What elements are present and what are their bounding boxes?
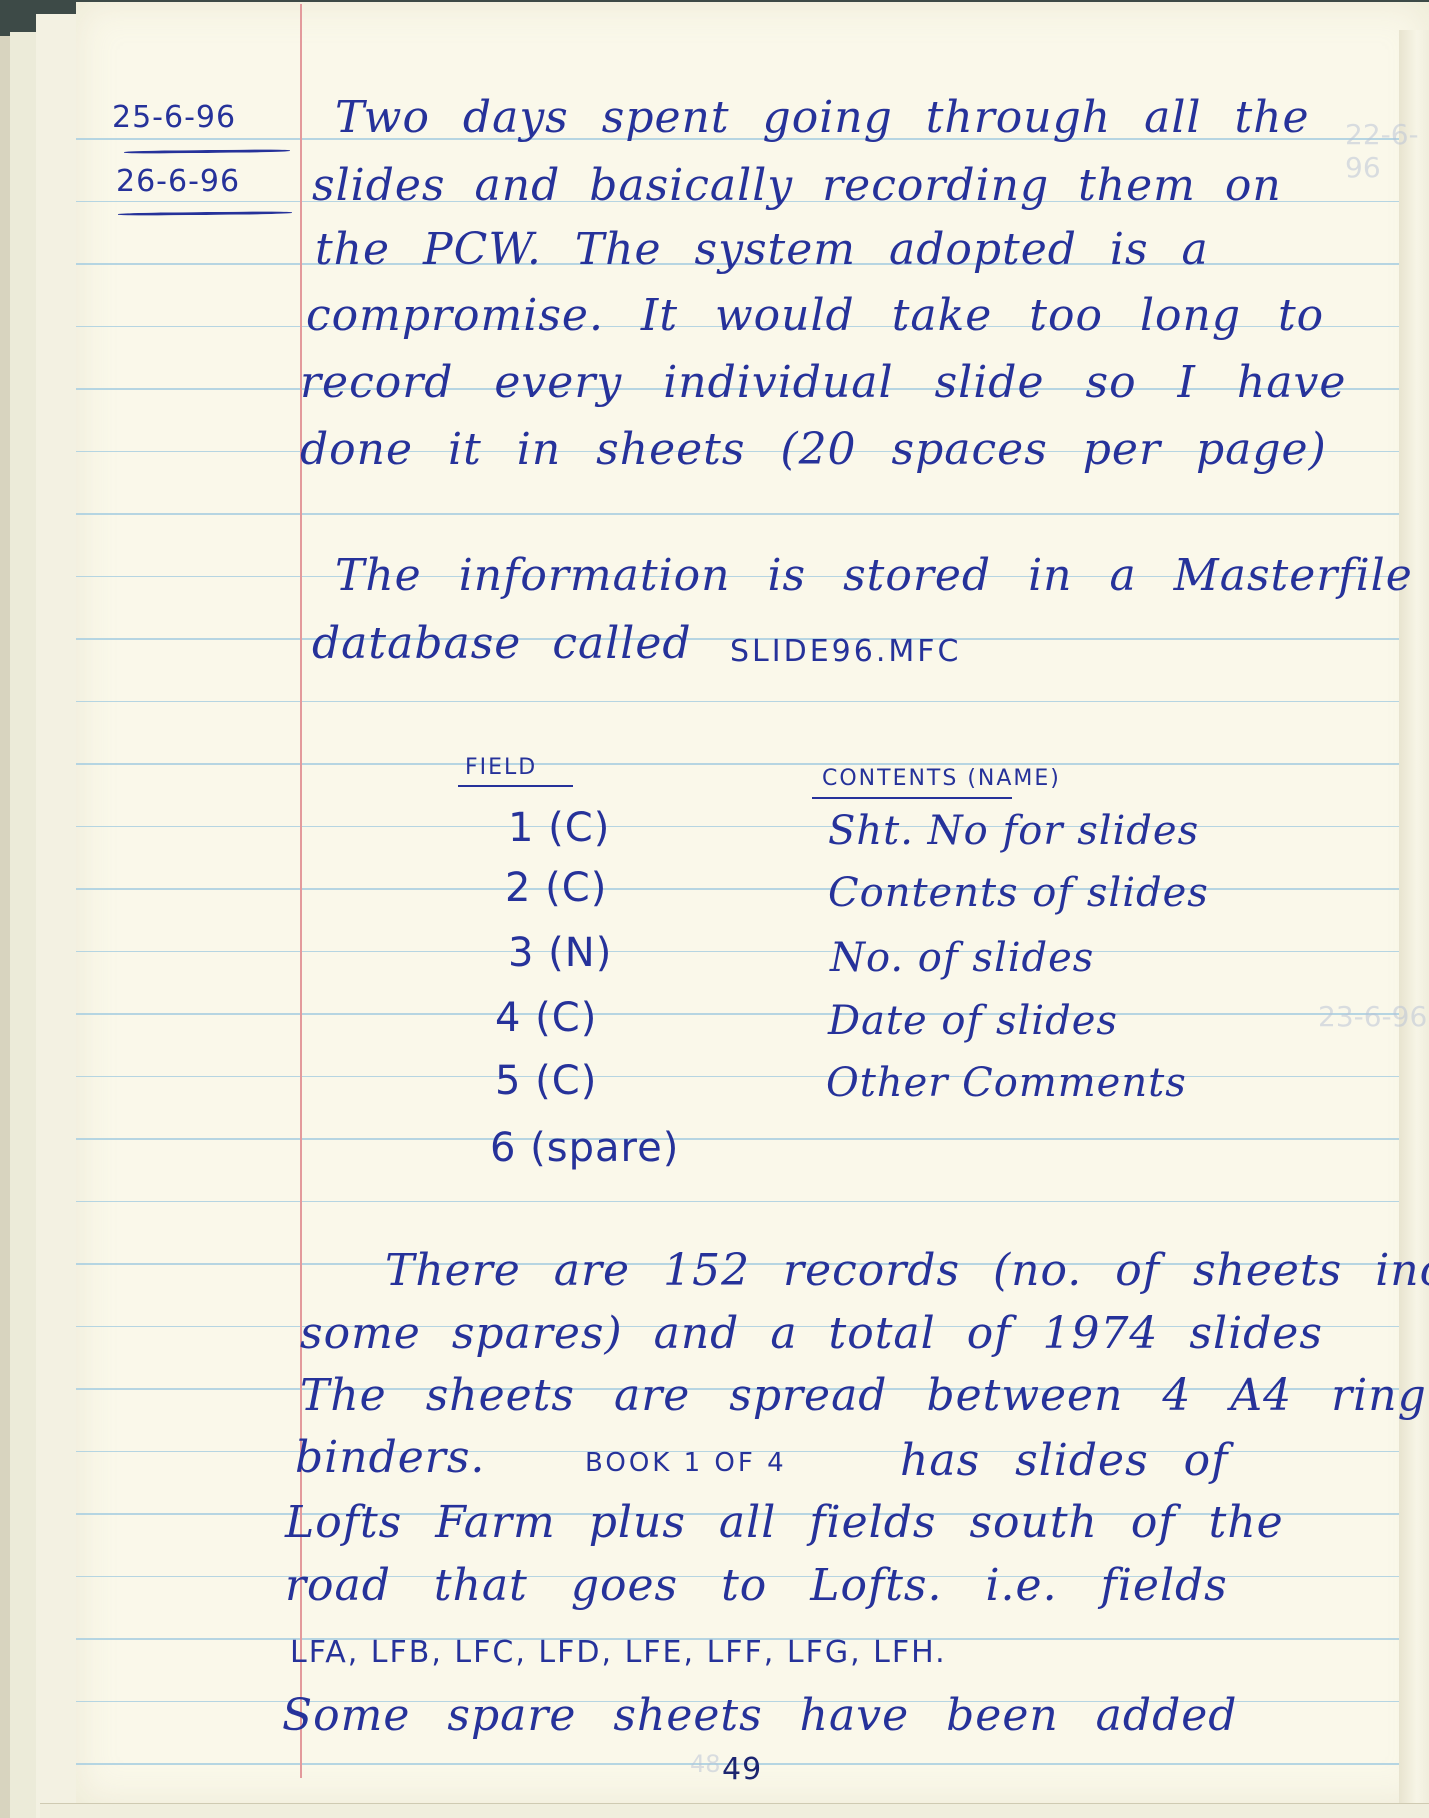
text-line: compromise. It would take too long to [306, 290, 1324, 341]
text-line: slides and basically recording them on [312, 160, 1282, 211]
text-line: The sheets are spread between 4 A4 ring [300, 1370, 1427, 1421]
table-row-contents: Other Comments [826, 1060, 1187, 1106]
text-line: binders. [295, 1432, 485, 1483]
page-bottom-edge [40, 1803, 1429, 1818]
text-line: the PCW. The system adopted is a [315, 224, 1209, 275]
ruled-line [76, 763, 1399, 765]
text-line: Some spare sheets have been added [282, 1690, 1237, 1741]
text-line: There are 152 records (no. of sheets inc… [385, 1245, 1429, 1296]
table-row-field: 1 (C) [508, 805, 610, 851]
ghost-date: 22-6-96 [1345, 118, 1429, 184]
table-row-field: 3 (N) [508, 930, 612, 976]
ruled-line [76, 826, 1399, 828]
table-row-contents: No. of slides [830, 935, 1094, 981]
database-filename: SLIDE96.MFC [730, 634, 961, 669]
table-row-field: 5 (C) [495, 1058, 597, 1104]
table-row-field: 2 (C) [505, 865, 607, 911]
page-edge [36, 14, 77, 1818]
text-line: road that goes to Lofts. i.e. fields [285, 1560, 1228, 1611]
entry-date: 26-6-96 [116, 164, 240, 199]
text-line: done it in sheets (20 spaces per page) [300, 424, 1327, 475]
text-line: record every individual slide so I have [300, 357, 1346, 408]
text-line: database called [312, 618, 692, 669]
ruled-line [76, 1138, 1399, 1140]
table-row-field: 6 (spare) [490, 1125, 679, 1171]
text-line: The information is stored in a Masterfil… [335, 550, 1413, 601]
text-line: has slides of [900, 1435, 1228, 1486]
ruled-line [76, 1013, 1399, 1015]
table-row-contents: Sht. No for slides [828, 808, 1199, 854]
ruled-line [76, 1201, 1399, 1203]
next-page-strip [1399, 30, 1429, 1804]
text-line: Lofts Farm plus all fields south of the [285, 1497, 1284, 1548]
ruled-line [76, 1076, 1399, 1078]
ruled-line [76, 951, 1399, 953]
field-codes: LFA, LFB, LFC, LFD, LFE, LFF, LFG, LFH. [290, 1635, 947, 1670]
text-line: Two days spent going through all the [335, 92, 1310, 143]
header-underline [812, 797, 1012, 799]
ruled-line [76, 701, 1399, 703]
table-row-contents: Contents of slides [828, 870, 1209, 916]
text-line: some spares) and a total of 1974 slides [300, 1308, 1323, 1359]
entry-date: 25-6-96 [112, 100, 236, 135]
table-row-contents: Date of slides [828, 998, 1118, 1044]
book-reference: BOOK 1 OF 4 [585, 1448, 787, 1478]
ghost-date: 23-6-96 [1318, 1000, 1427, 1033]
table-row-field: 4 (C) [495, 995, 597, 1041]
page-number: 49 [722, 1752, 762, 1787]
table-header-field: FIELD [465, 755, 537, 780]
table-header-contents: CONTENTS (NAME) [822, 766, 1061, 791]
ghost-page-number: 48 [690, 1750, 721, 1778]
ruled-line [76, 513, 1399, 515]
header-underline [458, 785, 573, 787]
